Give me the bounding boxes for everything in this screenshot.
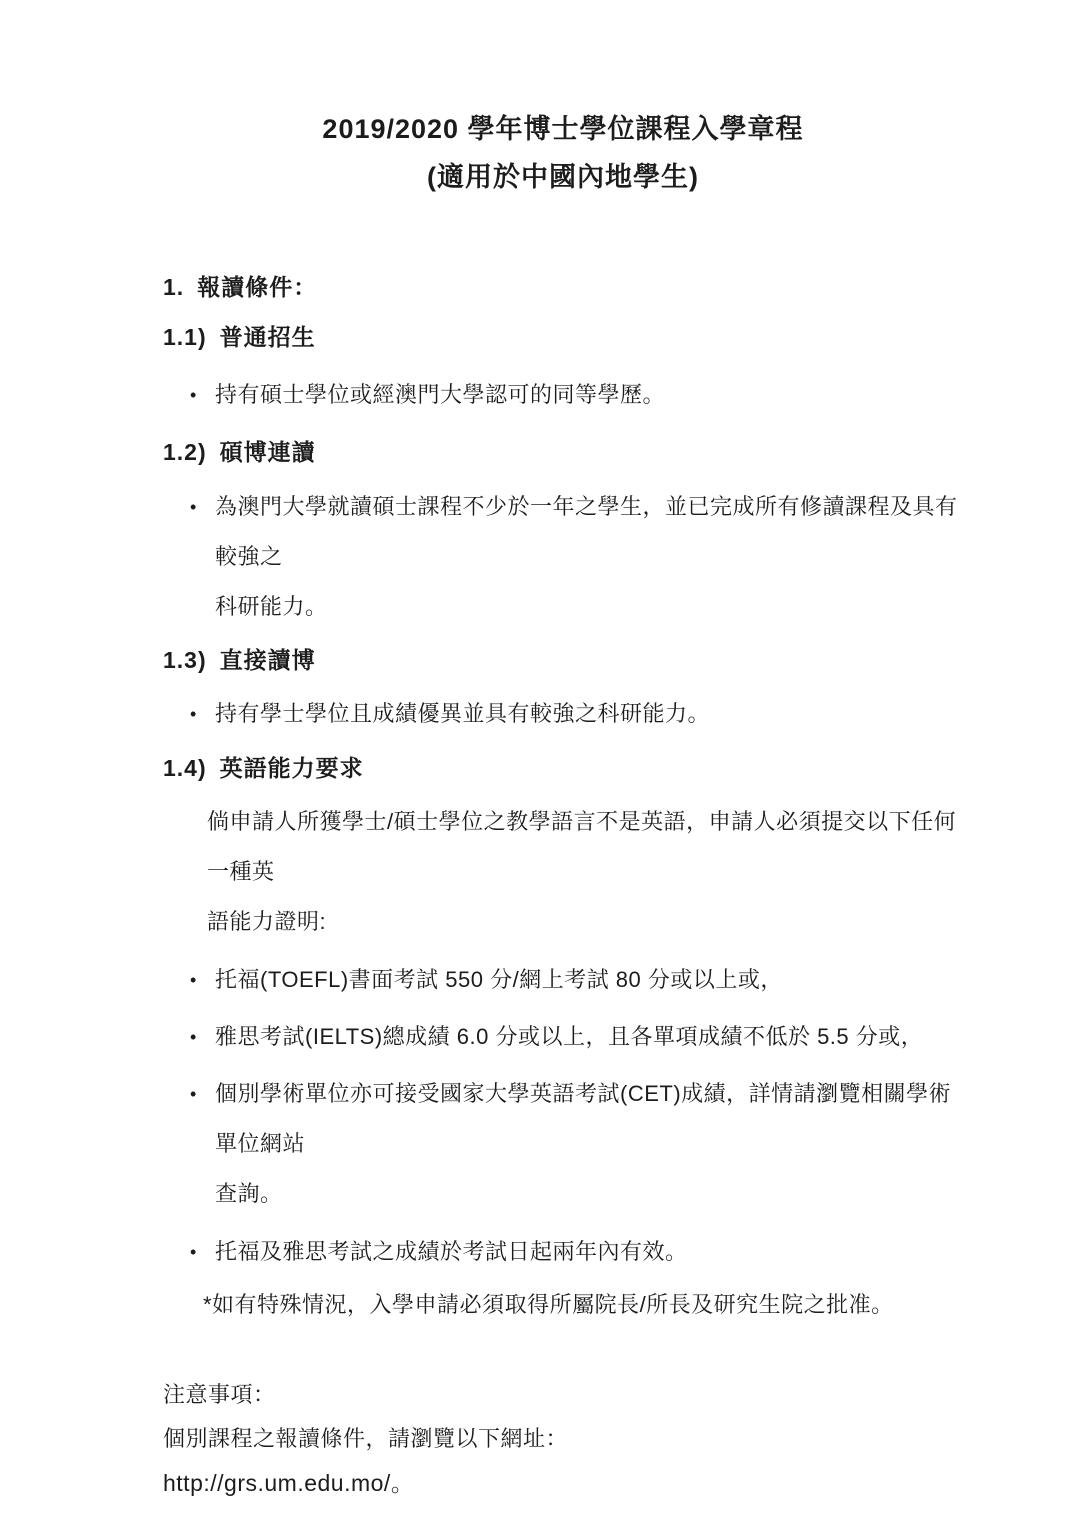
notes-text: 個別課程之報讀條件，請瀏覽以下網址：: [163, 1417, 963, 1461]
section-1-3-heading: 1.3) 直接讀博: [163, 635, 963, 685]
section-1-title: 報讀條件：: [197, 262, 317, 312]
section-1-4-title: 英語能力要求: [220, 743, 364, 793]
bullet-text: 持有碩士學位或經澳門大學認可的同等學歷。: [215, 370, 963, 420]
document-title: 2019/2020 學年博士學位課程入學章程: [163, 105, 963, 153]
bullet-text: 個別學術單位亦可接受國家大學英語考試(CET)成績，詳情請瀏覽相關學術單位網站 …: [215, 1069, 963, 1219]
list-item: • 托福及雅思考試之成績於考試日起兩年內有效。: [190, 1227, 963, 1277]
notes-heading: 注意事項：: [163, 1373, 963, 1417]
section-1-number: 1.: [163, 262, 184, 312]
bullet-icon: •: [190, 482, 215, 632]
section-1-2-number: 1.2): [163, 427, 207, 477]
list-item: • 個別學術單位亦可接受國家大學英語考試(CET)成績，詳情請瀏覽相關學術單位網…: [190, 1069, 963, 1219]
section-1-4-number: 1.4): [163, 743, 207, 793]
list-item: • 雅思考試(IELTS)總成績 6.0 分或以上，且各單項成績不低於 5.5 …: [190, 1012, 963, 1062]
bullet-text: 為澳門大學就讀碩士課程不少於一年之學生，並已完成所有修讀課程及具有較強之 科研能…: [215, 482, 963, 632]
list-item: • 持有碩士學位或經澳門大學認可的同等學歷。: [190, 370, 963, 420]
section-1-1-heading: 1.1) 普通招生: [163, 312, 963, 362]
bullet-text: 持有學士學位且成績優異並具有較強之科研能力。: [215, 689, 963, 739]
bullet-text: 雅思考試(IELTS)總成績 6.0 分或以上，且各單項成績不低於 5.5 分或…: [215, 1012, 963, 1062]
section-1-1-number: 1.1): [163, 312, 207, 362]
section-1-1-title: 普通招生: [220, 312, 316, 362]
document-page: 2019/2020 學年博士學位課程入學章程 (適用於中國內地學生) 1. 報讀…: [0, 0, 1080, 1527]
special-case-footnote: *如有特殊情況，入學申請必須取得所屬院長/所長及研究生院之批准。: [203, 1280, 963, 1330]
bullet-icon: •: [190, 1012, 215, 1062]
list-item: • 為澳門大學就讀碩士課程不少於一年之學生，並已完成所有修讀課程及具有較強之 科…: [190, 482, 963, 632]
list-item: • 持有學士學位且成績優異並具有較強之科研能力。: [190, 689, 963, 739]
section-1-4-heading: 1.4) 英語能力要求: [163, 743, 963, 793]
list-item: • 托福(TOEFL)書面考試 550 分/網上考試 80 分或以上或，: [190, 955, 963, 1005]
section-1-heading: 1. 報讀條件：: [163, 262, 963, 312]
section-1-2-title: 碩博連讀: [220, 427, 316, 477]
notes-url: http://grs.um.edu.mo/。: [163, 1461, 963, 1505]
section-1-2-heading: 1.2) 碩博連讀: [163, 427, 963, 477]
english-requirement-intro: 倘申請人所獲學士/碩士學位之教學語言不是英語，申請人必須提交以下任何一種英 語能…: [207, 797, 963, 947]
bullet-text: 托福(TOEFL)書面考試 550 分/網上考試 80 分或以上或，: [215, 955, 963, 1005]
bullet-icon: •: [190, 1069, 215, 1219]
document-subtitle: (適用於中國內地學生): [163, 153, 963, 201]
section-1-3-title: 直接讀博: [220, 635, 316, 685]
bullet-text: 托福及雅思考試之成績於考試日起兩年內有效。: [215, 1227, 963, 1277]
bullet-icon: •: [190, 370, 215, 420]
section-1-3-number: 1.3): [163, 635, 207, 685]
bullet-icon: •: [190, 689, 215, 739]
document-content: 2019/2020 學年博士學位課程入學章程 (適用於中國內地學生) 1. 報讀…: [0, 0, 1080, 1505]
bullet-icon: •: [190, 1227, 215, 1277]
bullet-icon: •: [190, 955, 215, 1005]
